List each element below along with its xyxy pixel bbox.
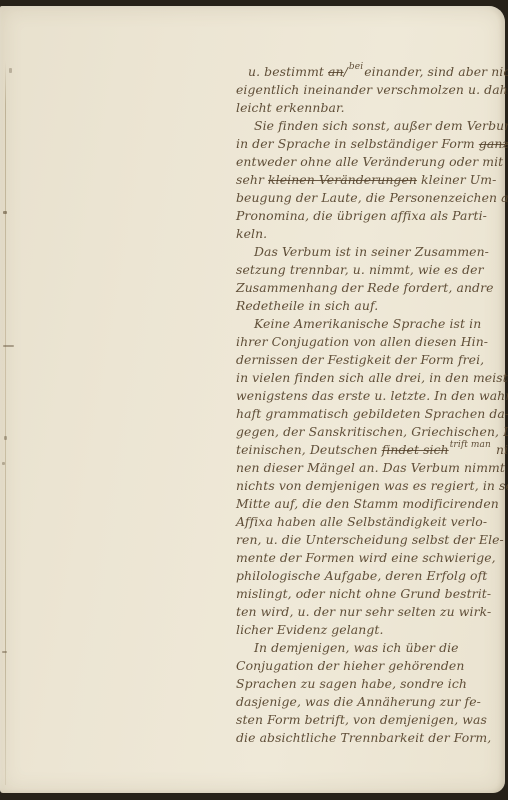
text-segment: Keine Amerikanische Sprache ist in — [254, 316, 481, 331]
text-segment: kleiner Um- — [417, 172, 496, 187]
text-segment: dernissen der Festigkeit der Form frei, — [236, 352, 484, 367]
manuscript-line: Das Verbum ist in seiner Zusammen- — [236, 243, 504, 261]
manuscript-line: teinischen, Deutschen findet sichtrift m… — [236, 441, 504, 459]
text-segment: u. bestimmt — [248, 64, 328, 79]
text-segment: ihrer Conjugation von allen diesen Hin- — [236, 334, 488, 349]
manuscript-line: mente der Formen wird eine schwierige, — [236, 549, 504, 567]
text-segment: Sprachen zu sagen habe, sondre ich — [236, 676, 467, 691]
manuscript-line: In demjenigen, was ich über die — [236, 639, 504, 657]
manuscript-line: dasjenige, was die Annäherung zur fe- — [236, 693, 504, 711]
text-segment: wenigstens das erste u. letzte. In den w… — [236, 388, 508, 403]
manuscript-line: dernissen der Festigkeit der Form frei, — [236, 351, 504, 369]
manuscript-page: u. bestimmt an/beieinander, sind aber ni… — [0, 6, 505, 793]
text-segment: sehr — [236, 172, 268, 187]
manuscript-line: sten Form betrift, von demjenigen, was — [236, 711, 504, 729]
text-segment: setzung trennbar, u. nimmt, wie es der — [236, 262, 484, 277]
manuscript-line: Pronomina, die übrigen affixa als Parti- — [236, 207, 504, 225]
text-segment: nen dieser Mängel an. Das Verbum nimmt — [236, 460, 505, 475]
text-segment: keln. — [236, 226, 267, 241]
manuscript-line: Keine Amerikanische Sprache ist in — [236, 315, 504, 333]
manuscript-line: leicht erkennbar. — [236, 99, 504, 117]
manuscript-text: u. bestimmt an/beieinander, sind aber ni… — [236, 63, 504, 747]
superscript-insertion: bei — [349, 58, 363, 76]
text-segment: Zusammenhang der Rede fordert, andre — [236, 280, 494, 295]
manuscript-line: Mitte auf, die den Stamm modificirenden — [236, 495, 504, 513]
text-segment: einander, sind aber nicht — [364, 64, 508, 79]
manuscript-line: philologische Aufgabe, deren Erfolg oft — [236, 567, 504, 585]
paper-speck — [3, 211, 7, 214]
text-segment: Das Verbum ist in seiner Zusammen- — [254, 244, 489, 259]
manuscript-line: ren, u. die Unterscheidung selbst der El… — [236, 531, 504, 549]
manuscript-line: eigentlich ineinander verschmolzen u. da… — [236, 81, 504, 99]
text-segment: Pronomina, die übrigen affixa als Parti- — [236, 208, 487, 223]
page-binding-edge — [5, 61, 6, 785]
manuscript-line: sehr kleinen Veränderungen kleiner Um- — [236, 171, 504, 189]
text-segment: leicht erkennbar. — [236, 100, 345, 115]
text-segment: dasjenige, was die Annäherung zur fe- — [236, 694, 481, 709]
text-segment: ren, u. die Unterscheidung selbst der El… — [236, 532, 504, 547]
strikethrough-text: kleinen Veränderungen — [268, 172, 417, 187]
paper-speck — [4, 436, 7, 440]
manuscript-line: ihrer Conjugation von allen diesen Hin- — [236, 333, 504, 351]
manuscript-line: die absichtliche Trennbarkeit der Form, — [236, 729, 504, 747]
strikethrough-text: an — [328, 64, 344, 79]
text-segment: die absichtliche Trennbarkeit der Form, — [236, 730, 491, 745]
manuscript-line: entweder ohne alle Veränderung oder mit — [236, 153, 504, 171]
text-segment: Affixa haben alle Selbständigkeit verlo- — [236, 514, 487, 529]
text-segment: beugung der Laute, die Personenzeichen a… — [236, 190, 508, 205]
manuscript-line: u. bestimmt an/beieinander, sind aber ni… — [236, 63, 504, 81]
manuscript-line: Sprachen zu sagen habe, sondre ich — [236, 675, 504, 693]
text-segment: eigentlich ineinander verschmolzen u. da… — [236, 82, 508, 97]
manuscript-line: keln. — [236, 225, 504, 243]
superscript-insertion: trift man — [450, 436, 491, 454]
text-segment: nicht kei- — [492, 442, 508, 457]
paper-speck — [2, 651, 7, 653]
text-segment: / — [344, 64, 348, 79]
text-segment: in vielen finden sich alle drei, in den … — [236, 370, 508, 385]
text-segment: philologische Aufgabe, deren Erfolg oft — [236, 568, 487, 583]
strikethrough-text: ganz — [479, 136, 508, 151]
text-segment: entweder ohne alle Veränderung oder mit — [236, 154, 503, 169]
text-segment: Redetheile in sich auf. — [236, 298, 378, 313]
manuscript-line: Conjugation der hieher gehörenden — [236, 657, 504, 675]
text-segment: Mitte auf, die den Stamm modificirenden — [236, 496, 499, 511]
paper-speck — [9, 68, 12, 73]
manuscript-line: in der Sprache in selbständiger Form gan… — [236, 135, 504, 153]
manuscript-line: Sie finden sich sonst, außer dem Verbum — [236, 117, 504, 135]
manuscript-line: licher Evidenz gelangt. — [236, 621, 504, 639]
text-segment: Sie finden sich sonst, außer dem Verbum — [254, 118, 508, 133]
manuscript-line: mislingt, oder nicht ohne Grund bestrit- — [236, 585, 504, 603]
manuscript-line: in vielen finden sich alle drei, in den … — [236, 369, 504, 387]
manuscript-line: setzung trennbar, u. nimmt, wie es der — [236, 261, 504, 279]
manuscript-line: Zusammenhang der Rede fordert, andre — [236, 279, 504, 297]
text-segment: ten wird, u. der nur sehr selten zu wirk… — [236, 604, 491, 619]
text-segment: in der Sprache in selbständiger Form — [236, 136, 479, 151]
text-segment: mente der Formen wird eine schwierige, — [236, 550, 496, 565]
text-segment: In demjenigen, was ich über die — [254, 640, 459, 655]
strikethrough-text: findet sich — [382, 442, 449, 457]
manuscript-line: Redetheile in sich auf. — [236, 297, 504, 315]
manuscript-line: nen dieser Mängel an. Das Verbum nimmt — [236, 459, 504, 477]
manuscript-line: nichts von demjenigen was es regiert, in… — [236, 477, 504, 495]
manuscript-line: beugung der Laute, die Personenzeichen a… — [236, 189, 504, 207]
paper-speck — [3, 345, 14, 347]
text-segment: teinischen, Deutschen — [236, 442, 382, 457]
manuscript-line: wenigstens das erste u. letzte. In den w… — [236, 387, 504, 405]
manuscript-line: haft grammatisch gebildeten Sprachen da- — [236, 405, 504, 423]
text-segment: sten Form betrift, von demjenigen, was — [236, 712, 487, 727]
text-segment: nichts von demjenigen was es regiert, in… — [236, 478, 508, 493]
text-segment: licher Evidenz gelangt. — [236, 622, 384, 637]
manuscript-line: ten wird, u. der nur sehr selten zu wirk… — [236, 603, 504, 621]
paper-speck — [2, 462, 5, 465]
text-segment: Conjugation der hieher gehörenden — [236, 658, 464, 673]
text-segment: mislingt, oder nicht ohne Grund bestrit- — [236, 586, 491, 601]
manuscript-line: Affixa haben alle Selbständigkeit verlo- — [236, 513, 504, 531]
text-segment: haft grammatisch gebildeten Sprachen da- — [236, 406, 508, 421]
